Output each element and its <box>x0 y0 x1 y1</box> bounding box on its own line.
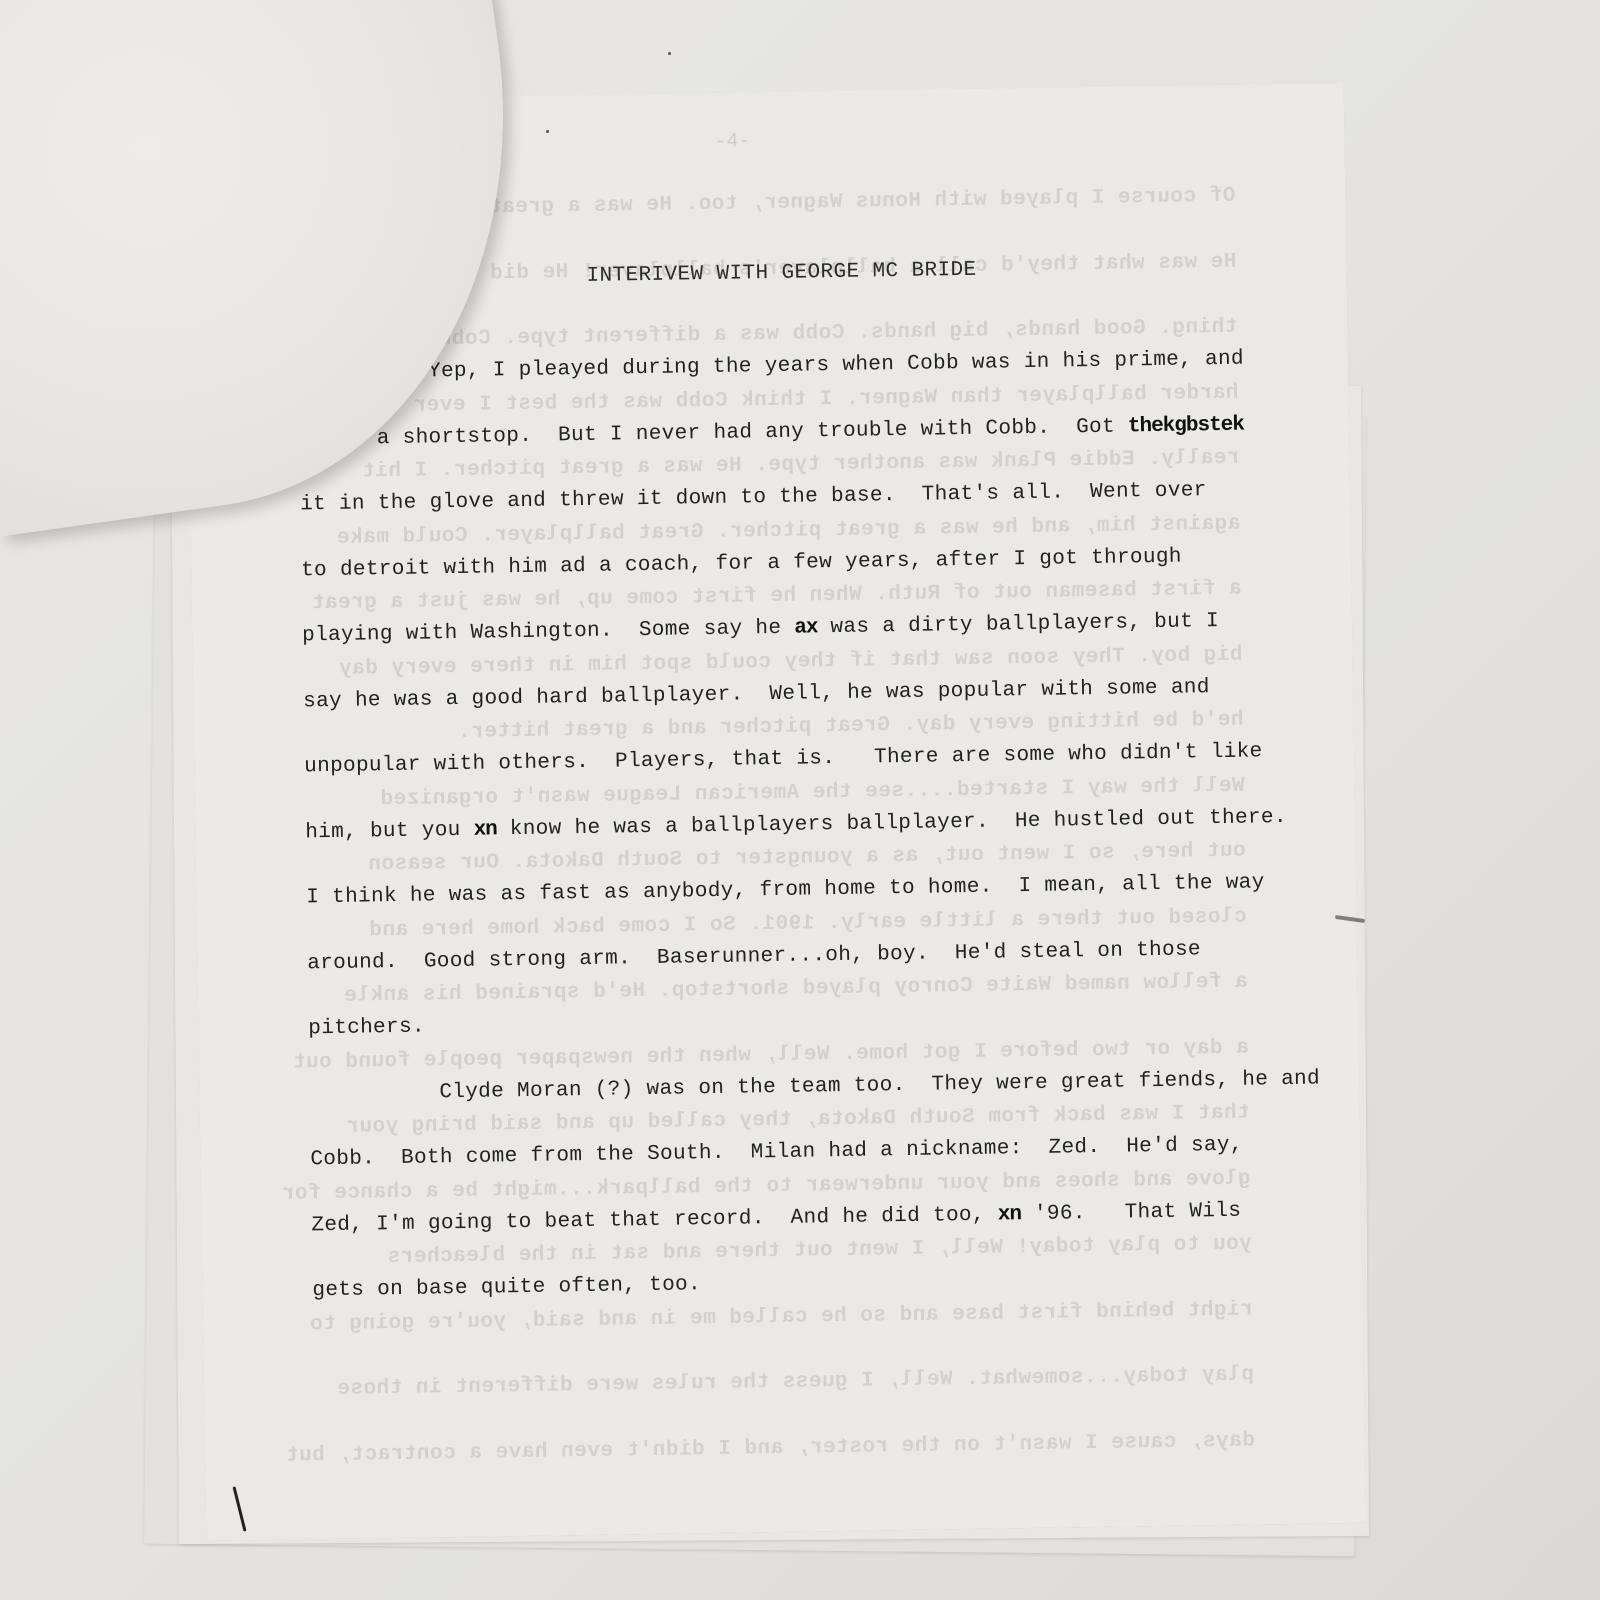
text-segment: gets on base quite often, too. <box>312 1273 701 1302</box>
text-segment: was a dirty ballplayers, but I <box>817 610 1219 639</box>
text-segment: Cobb. Both come from the South. Milan ha… <box>310 1134 1243 1172</box>
bleed-line: play today...somewhat. Well, I guess the… <box>337 1364 1254 1401</box>
document-body: Yep, I pleayed during the years when Cob… <box>298 326 1313 1324</box>
speck <box>546 130 549 133</box>
text-segment: '96. That Wils <box>1021 1199 1242 1225</box>
overstruck-text: ax <box>794 616 818 639</box>
speck <box>668 52 671 55</box>
overstruck-text: xn <box>473 818 497 841</box>
text-segment: unpopular with others. Players, that is.… <box>304 740 1263 778</box>
overstruck-text: thekgbstek <box>1128 413 1244 438</box>
text-segment: pitchers. <box>308 1016 425 1041</box>
text-segment: playing with Washington. Some say he <box>302 617 794 648</box>
overstruck-text: xn <box>998 1203 1022 1226</box>
text-segment: to detroit with him ad a coach, for a fe… <box>301 545 1182 582</box>
text-segment: I was a shortstop. But I never had any t… <box>299 415 1128 451</box>
text-segment: Zed, I'm going to beat that record. And … <box>311 1203 998 1237</box>
text-segment: know he was a ballplayers ballplayer. He… <box>497 805 1287 840</box>
bleed-line: days, cause I wasn't on the roster, and … <box>285 1429 1255 1467</box>
text-segment: him, but you <box>305 818 474 844</box>
text-segment: say he was a good hard ballplayer. Well,… <box>303 676 1210 713</box>
text-segment: Yep, I pleayed during the years when Cob… <box>428 348 1244 384</box>
text-segment: it in the glove and threw it down to the… <box>300 479 1207 516</box>
text-segment: Clyde Moran (?) was on the team too. The… <box>439 1067 1320 1104</box>
text-segment: around. Good strong arm. Baserunner...oh… <box>307 938 1201 975</box>
page-number: -4- <box>714 130 750 154</box>
text-segment: I think he was as fast as anybody, from … <box>306 871 1265 909</box>
